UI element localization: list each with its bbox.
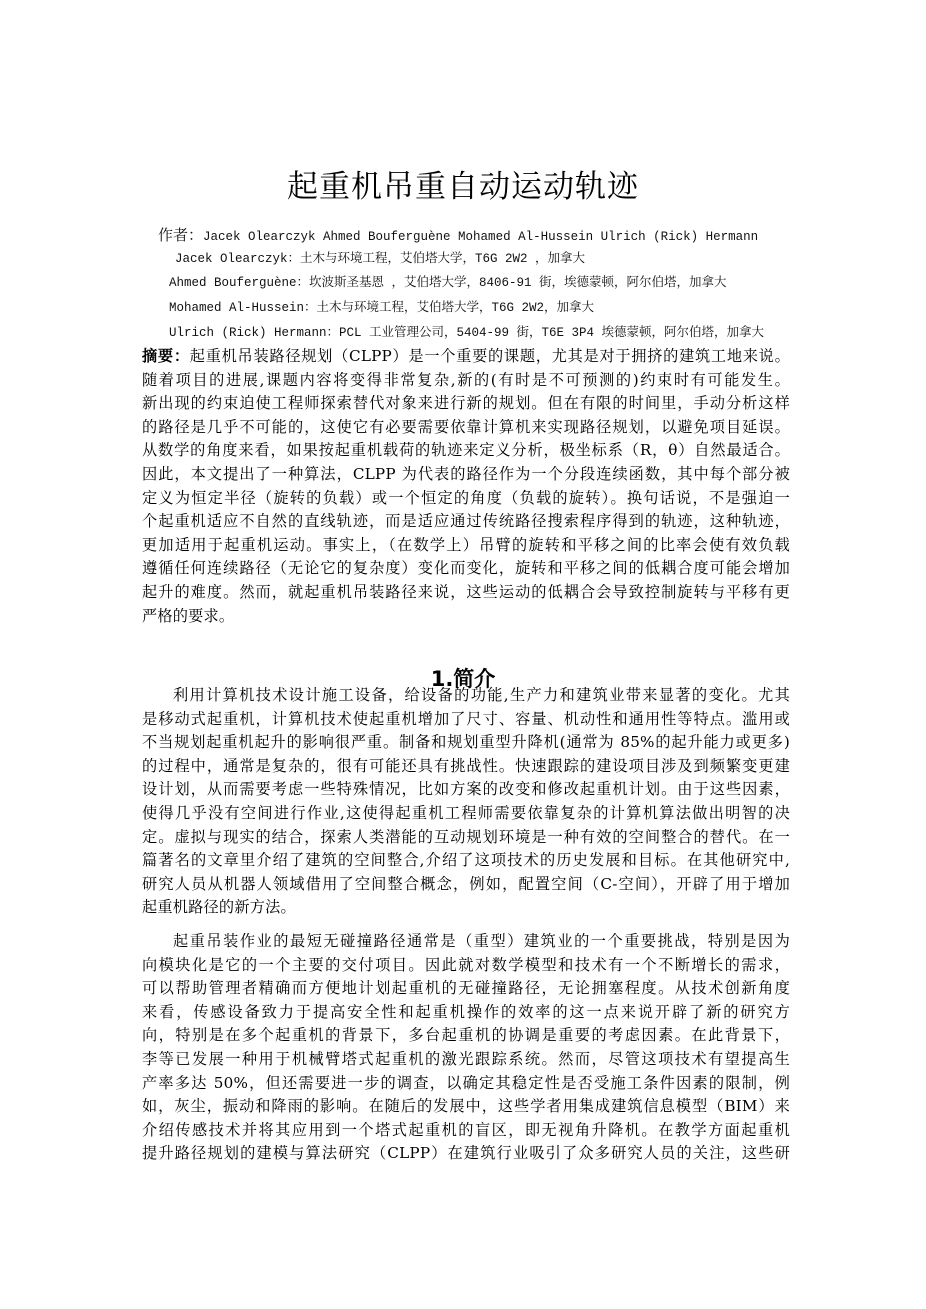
paragraph-line: 产率多达 50%，但还需要进一步的调查，以确定其稳定性是否受施工条件因素的限制，… [142,1072,790,1096]
paragraph-line: 研究人员从机器人领域借用了空间整合概念，例如，配置空间（C-空间），开辟了用于增… [142,873,790,897]
abstract-line: 从数学的角度来看，如果按起重机载荷的轨迹来定义分析，极坐标系（R，θ）自然最适合… [142,439,790,463]
paragraph-line: 起重吊装作业的最短无碰撞路径通常是（重型）建筑业的一个重要挑战，特别是因为 [142,930,790,954]
paragraph-line: 是移动式起重机，计算机技术使起重机增加了尺寸、容量、机动性和通用性等特点。滥用或 [142,708,790,732]
abstract: 摘要：起重机吊装路径规划（CLPP）是一个重要的课题，尤其是对于拥挤的建筑工地来… [142,345,790,628]
affiliation-line: Ahmed Bouferguène：坎波斯圣基恩 ，艾伯塔大学，8406-91 … [169,272,727,294]
paragraph-line: 李等已发展一种用于机械臂塔式起重机的激光跟踪系统。然而，尽管这项技术有望提高生 [142,1048,790,1072]
abstract-line: 新出现的约束迫使工程师探索替代对象来进行新的规划。但在有限的时间里，手动分析这样 [142,392,790,416]
section-paragraph: 起重吊装作业的最短无碰撞路径通常是（重型）建筑业的一个重要挑战，特别是因为 向模… [142,930,790,1166]
abstract-label: 摘要： [142,347,190,365]
paragraph-line: 定。虚拟与现实的结合，探索人类潜能的互动规划环境是一种有效的空间整合的替代。在一 [142,826,790,850]
paragraph-line: 利用计算机技术设计施工设备，给设备的功能,生产力和建筑业带来显著的变化。尤其 [142,684,790,708]
paragraph-line: 不当规划起重机起升的影响很严重。制备和规划重型升降机(通常为 85%的起升能力或… [142,731,790,755]
abstract-line: 遵循任何连续路径（无论它的复杂度）变化而变化，旋转和平移之间的低耦合度可能会增加 [142,557,790,581]
author-list: 作者：Jacek Olearczyk Ahmed Bouferguène Moh… [158,224,758,248]
affiliation-line: Ulrich (Rick) Hermann：PCL 工业管理公司，5404-99… [169,322,764,344]
paragraph-line: 介绍传感技术并将其应用到一个塔式起重机的盲区，即无视角升降机。在教学方面起重机 [142,1119,790,1143]
paragraph-line: 向模块化是它的一个主要的交付项目。因此就对数学模型和技术有一个不断增长的需求， [142,954,790,978]
author-names: Jacek Olearczyk Ahmed Bouferguène Mohame… [203,230,758,244]
paragraph-line: 如，灰尘，振动和降雨的影响。在随后的发展中，这些学者用集成建筑信息模型（BIM）… [142,1095,790,1119]
paragraph-line: 提升路径规划的建模与算法研究（CLPP）在建筑行业吸引了众多研究人员的关注，这些… [142,1142,790,1166]
affiliation-line: Jacek Olearczyk：土木与环境工程，艾伯塔大学，T6G 2W2 ，加… [175,248,585,270]
abstract-line: 个起重机适应不自然的直线轨迹，而是适应通过传统路径搜索程序得到的轨迹，这种轨迹， [142,510,790,534]
authors-label: 作者： [158,226,203,244]
abstract-line: 更加适用于起重机运动。事实上，（在数学上）吊臂的旋转和平移之间的比率会使有效负载 [142,534,790,558]
abstract-line: 起升的难度。然而，就起重机吊装路径来说，这些运动的低耦合会导致控制旋转与平移有更 [142,581,790,605]
document-page: 起重机吊重自动运动轨迹 作者：Jacek Olearczyk Ahmed Bou… [0,0,926,1309]
affiliation-line: Mohamed Al-Hussein：土木与环境工程，艾伯塔大学，T6G 2W2… [169,297,594,319]
abstract-line: 定义为恒定半径（旋转的负载）或一个恒定的角度（负载的旋转）。换句话说，不是强迫一 [142,487,790,511]
paragraph-line: 来看，传感设备致力于提高安全性和起重机操作的效率的这一点来说开辟了新的研究方 [142,1001,790,1025]
paragraph-line: 篇著名的文章里介绍了建筑的空间整合,介绍了这项技术的历史发展和目标。在其他研究中… [142,849,790,873]
abstract-line: 严格的要求。 [142,605,790,629]
abstract-line: 摘要：起重机吊装路径规划（CLPP）是一个重要的课题，尤其是对于拥挤的建筑工地来… [142,345,790,369]
paragraph-line: 的过程中，通常是复杂的，很有可能还具有挑战性。快速跟踪的建设项目涉及到频繁变更建 [142,755,790,779]
paragraph-line: 设计划，从而需要考虑一些特殊情况，比如方案的改变和修改起重机计划。由于这些因素， [142,778,790,802]
paragraph-line: 使得几乎没有空间进行作业,这使得起重机工程师需要依靠复杂的计算机算法做出明智的决 [142,802,790,826]
abstract-line: 的路径是几乎不可能的，这使它有必要需要依靠计算机来实现路径规划，以避免项目延误。 [142,416,790,440]
paragraph-line: 起重机路径的新方法。 [142,896,790,920]
section-paragraph: 利用计算机技术设计施工设备，给设备的功能,生产力和建筑业带来显著的变化。尤其 是… [142,684,790,920]
abstract-line: 因此，本文提出了一种算法，CLPP 为代表的路径作为一个分段连续函数，其中每个部… [142,463,790,487]
document-title: 起重机吊重自动运动轨迹 [0,165,926,209]
paragraph-line: 可以帮助管理者精确而方便地计划起重机的无碰撞路径，无论拥塞程度。从技术创新角度 [142,977,790,1001]
paragraph-line: 向，特别是在多个起重机的背景下，多台起重机的协调是重要的考虑因素。在此背景下， [142,1024,790,1048]
abstract-line: 随着项目的进展,课题内容将变得非常复杂,新的(有时是不可预测的)约束时有可能发生… [142,369,790,393]
